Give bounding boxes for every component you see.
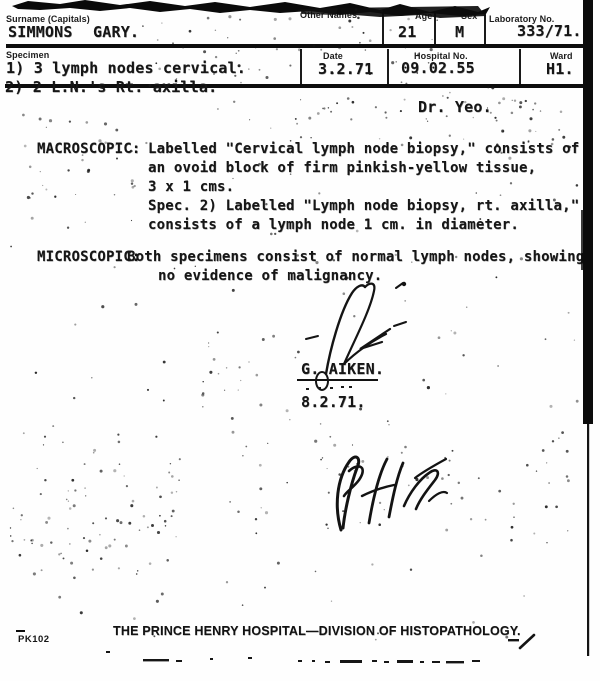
date-value: 3.2.71 — [318, 62, 373, 77]
footer-hospital-title: THE PRINCE HENRY HOSPITAL—DIVISION OF HI… — [113, 624, 521, 638]
pathology-report-scan: Surname (Capitals) Other Names Age Sex L… — [0, 0, 600, 681]
age-value: 21 — [398, 25, 416, 40]
signatory-underline — [297, 379, 378, 381]
divider-age — [382, 12, 384, 44]
specimen-value-line1: 1) 3 lymph nodes cervical. — [6, 61, 246, 76]
specimen-value-line2: 2) 2 L.N.'s Rt. axilla. — [5, 80, 217, 95]
macroscopic-line: Labelled "Cervical lymph node biopsy," c… — [148, 142, 579, 156]
hospital-no-value: 09.02.55 — [401, 61, 475, 76]
microscopic-label: MICROSCOPIC: — [37, 250, 141, 264]
right-edge-bar-artifact — [581, 0, 593, 656]
divider-lab — [484, 10, 486, 44]
sex-value: M — [455, 25, 464, 40]
divider-hospital — [387, 49, 389, 85]
signatory-name: G. AIKEN. — [301, 362, 384, 377]
macroscopic-line: an ovoid block of firm pinkish-yellow ti… — [148, 161, 536, 175]
divider-sex — [434, 12, 436, 44]
macroscopic-line: Spec. 2) Labelled "Lymph node biopsy, rt… — [148, 199, 579, 213]
divider-date — [300, 49, 302, 85]
signature-handwritten-lower — [337, 457, 447, 530]
scan-noise-specks — [10, 7, 579, 640]
form-code: PK102 — [18, 634, 50, 645]
rule-under-row1 — [6, 44, 586, 48]
divider-ward — [519, 49, 521, 85]
macroscopic-line: consists of a lymph node 1 cm. in diamet… — [148, 218, 519, 232]
bottom-dash-noise — [106, 651, 480, 663]
ward-value: H1. — [546, 62, 574, 77]
dot-marks — [306, 386, 352, 390]
footer-dash-mark — [16, 630, 25, 632]
signature-date: 8.2.71. — [301, 395, 366, 410]
scan-artifacts-layer — [0, 0, 600, 681]
other-names-value: GARY. — [93, 25, 139, 40]
doctor-note: Dr. Yeo. — [418, 100, 492, 115]
other-names-label: Other Names — [300, 10, 357, 20]
age-label: Age — [415, 11, 432, 21]
laboratory-no-value: 333/71. — [517, 24, 582, 39]
microscopic-line: no evidence of malignancy. — [158, 269, 382, 283]
surname-value: SIMMONS — [8, 25, 73, 40]
microscopic-line: Both specimens consist of normal lymph n… — [127, 250, 584, 264]
sex-label: Sex — [461, 11, 477, 21]
macroscopic-line: 3 x 1 cms. — [148, 180, 234, 194]
macroscopic-label: MACROSCOPIC: — [37, 142, 141, 156]
